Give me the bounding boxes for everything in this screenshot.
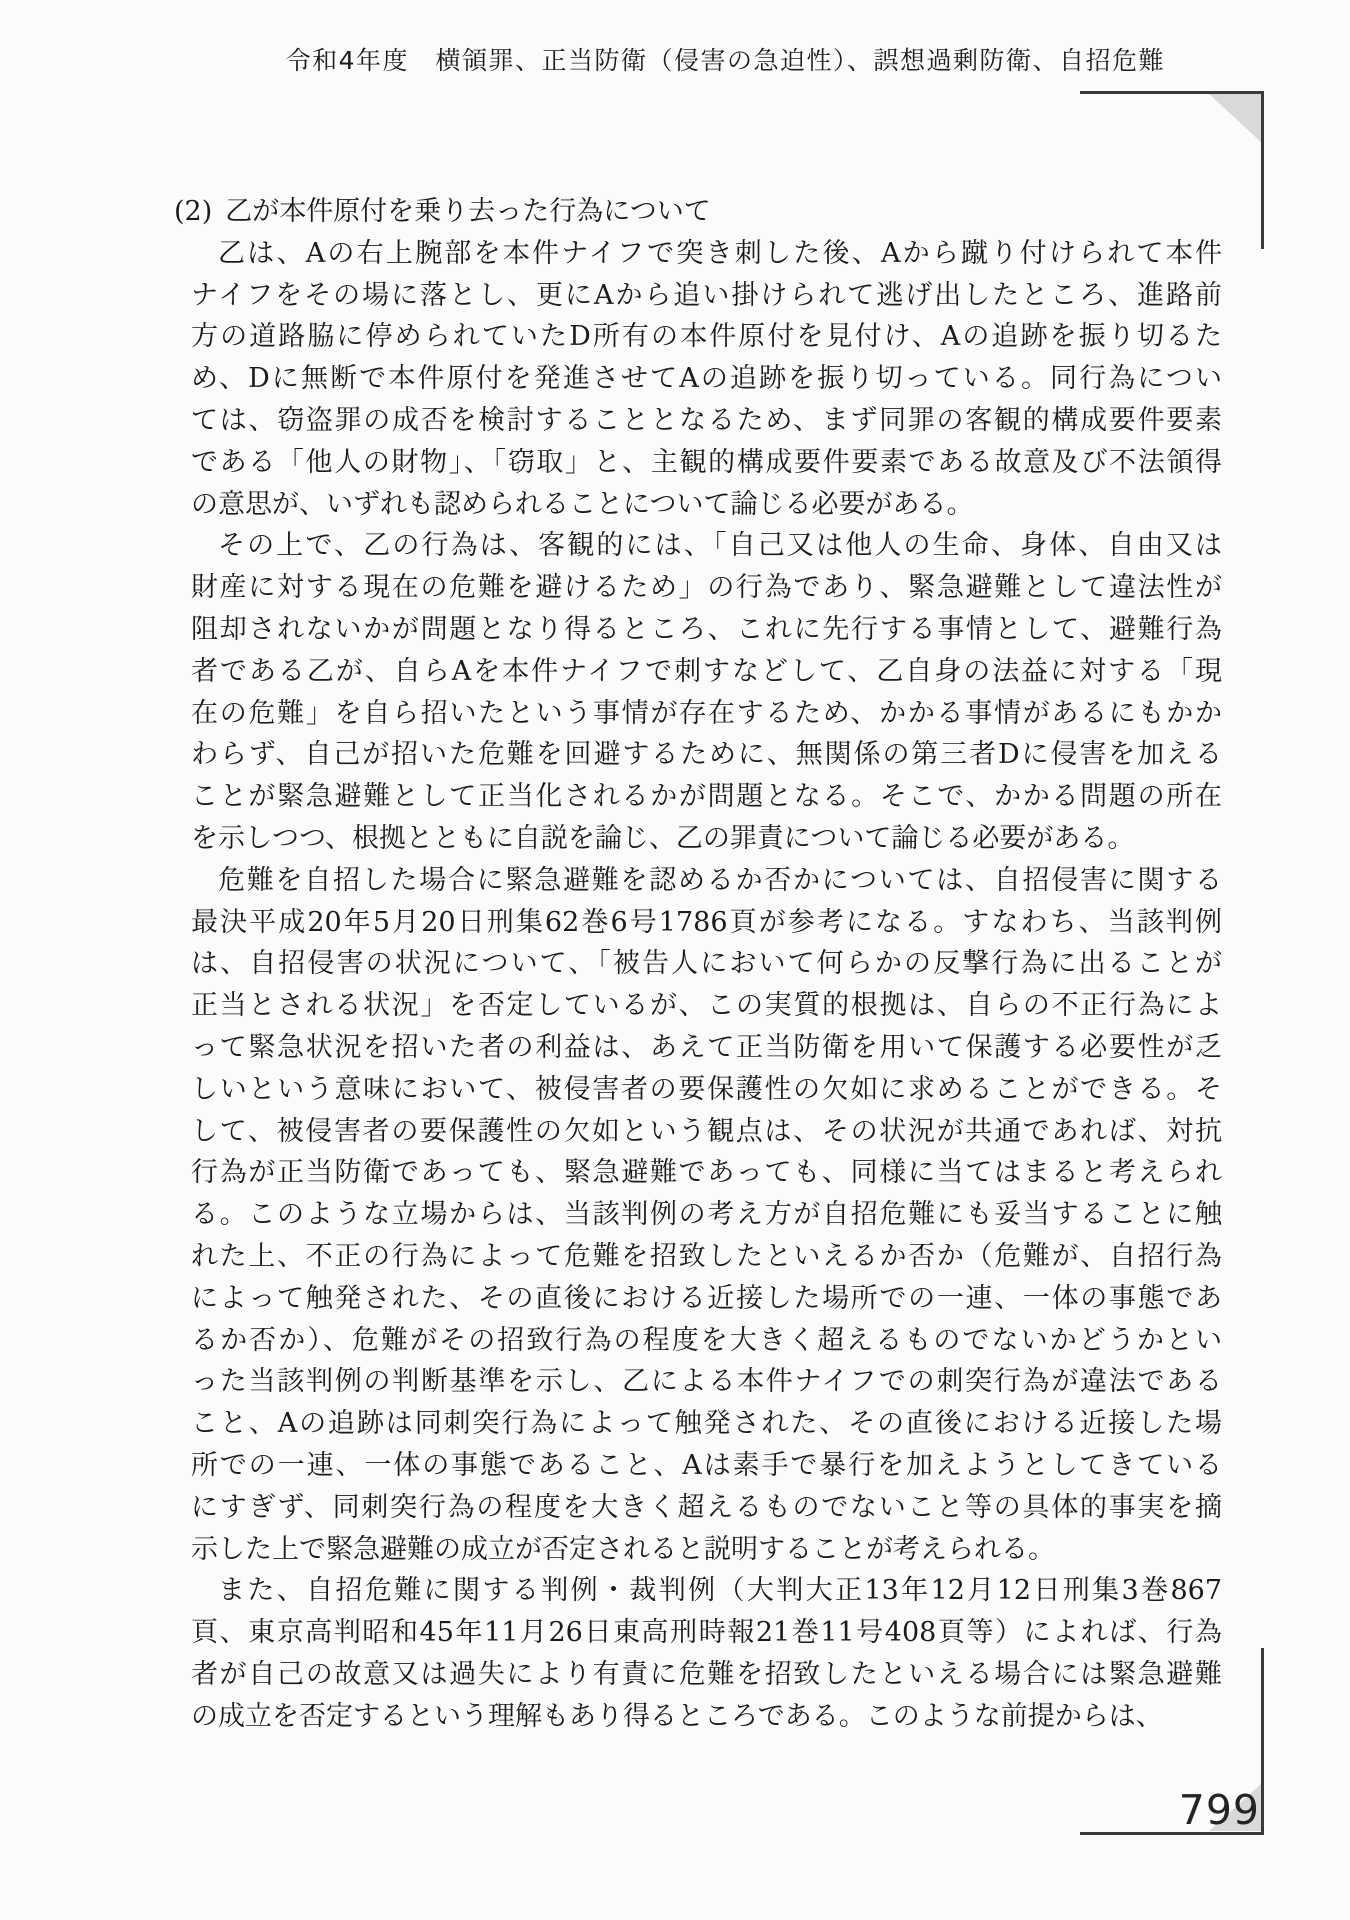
text-line: 頁、東京高判昭和45年11月26日東高刑時報21巻11号408頁等）によれば、行… — [191, 1612, 1222, 1654]
body-text-block: (2)乙が本件原付を乗り去った行為について 乙は、Aの右上腕部を本件ナイフで突き… — [191, 191, 1222, 1737]
text-line: その上で、乙の行為は、客観的には、「自己又は他人の生命、身体、自由又は — [191, 525, 1222, 567]
text-line: によって触発された、その直後における近接した場所での一連、一体の事態であ — [191, 1278, 1222, 1320]
text-line: る。このような立場からは、当該判例の考え方が自招危難にも妥当することに触 — [191, 1194, 1222, 1236]
text-line: 示した上で緊急避難の成立が否定されると説明することが考えられる。 — [191, 1529, 1222, 1571]
text-line: ナイフをその場に落とし、更にAから追い掛けられて逃げ出したところ、進路前 — [191, 275, 1222, 317]
text-line: るか否か）、危難がその招致行為の程度を大きく超えるものでないかどうかとい — [191, 1320, 1222, 1362]
text-line: め、Dに無断で本件原付を発進させてAの追跡を振り切っている。同行為につい — [191, 358, 1222, 400]
text-line: である「他人の財物」、「窃取」と、主観的構成要件要素である故意及び不法領得 — [191, 442, 1222, 484]
text-line: った当該判例の判断基準を示し、乙による本件ナイフでの刺突行為が違法である — [191, 1361, 1222, 1403]
text-line: って緊急状況を招いた者の利益は、あえて正当防衛を用いて保護する必要性が乏 — [191, 1027, 1222, 1069]
text-line: 正当とされる状況」を否定しているが、この実質的根拠は、自らの不正行為によ — [191, 985, 1222, 1027]
text-line: 所での一連、一体の事態であること、Aは素手で暴行を加えようとしてきている — [191, 1445, 1222, 1487]
text-line: ては、窃盗罪の成否を検討することとなるため、まず同罪の客観的構成要件要素 — [191, 400, 1222, 442]
text-line: ことが緊急避難として正当化されるかが問題となる。そこで、かかる問題の所在 — [191, 776, 1222, 818]
text-line: にすぎず、同刺突行為の程度を大きく超えるものでないこと等の具体的事実を摘 — [191, 1487, 1222, 1529]
text-line: 阻却されないかが問題となり得るところ、これに先行する事情として、避難行為 — [191, 609, 1222, 651]
text-line: 財産に対する現在の危難を避けるため」の行為であり、緊急避難として違法性が — [191, 567, 1222, 609]
running-head-title: 令和4年度 横領罪、正当防衛（侵害の急迫性）、誤想過剰防衛、自招危難 — [286, 41, 1165, 77]
section-number: (2) — [174, 196, 212, 227]
text-line: 危難を自招した場合に緊急避難を認めるか否かについては、自招侵害に関する — [191, 860, 1222, 902]
text-line: を示しつつ、根拠とともに自説を論じ、乙の罪責について論じる必要がある。 — [191, 818, 1222, 860]
section-heading: (2)乙が本件原付を乗り去った行為について — [174, 191, 1222, 233]
section-heading-text: 乙が本件原付を乗り去った行為について — [225, 196, 710, 227]
text-line: 在の危難」を自ら招いたという事情が存在するため、かかる事情があるにもかか — [191, 693, 1222, 735]
text-line: また、自招危難に関する判例・裁判例（大判大正13年12月12日刑集3巻867 — [191, 1570, 1222, 1612]
text-line: しいという意味において、被侵害者の要保護性の欠如に求めることができる。そ — [191, 1069, 1222, 1111]
text-line: 行為が正当防衛であっても、緊急避難であっても、同様に当てはまると考えられ — [191, 1152, 1222, 1194]
text-line: して、被侵害者の要保護性の欠如という観点は、その状況が共通であれば、対抗 — [191, 1111, 1222, 1153]
text-line: の意思が、いずれも認められることについて論じる必要がある。 — [191, 484, 1222, 526]
text-line: わらず、自己が招いた危難を回避するために、無関係の第三者Dに侵害を加える — [191, 734, 1222, 776]
text-line: 者が自己の故意又は過失により有責に危難を招致したといえる場合には緊急避難 — [191, 1654, 1222, 1696]
text-line: は、自招侵害の状況について、「被告人において何らかの反撃行為に出ることが — [191, 943, 1222, 985]
document-page: { "header": { "title": "令和4年度 横領罪、正当防衛（侵… — [0, 0, 1350, 1920]
text-line: 最決平成20年5月20日刑集62巻6号1786頁が参考になる。すなわち、当該判例 — [191, 902, 1222, 944]
text-line: こと、Aの追跡は同刺突行為によって触発された、その直後における近接した場 — [191, 1403, 1222, 1445]
text-line: 方の道路脇に停められていたD所有の本件原付を見付け、Aの追跡を振り切るた — [191, 316, 1222, 358]
text-line: れた上、不正の行為によって危難を招致したといえるか否か（危難が、自招行為 — [191, 1236, 1222, 1278]
page-number: 799 — [1179, 1786, 1260, 1834]
paragraphs-container: 乙は、Aの右上腕部を本件ナイフで突き刺した後、Aから蹴り付けられて本件ナイフをそ… — [191, 233, 1222, 1738]
text-line: 者である乙が、自らAを本件ナイフで刺すなどして、乙自身の法益に対する「現 — [191, 651, 1222, 693]
text-line: の成立を否定するという理解もあり得るところである。このような前提からは、 — [191, 1696, 1222, 1738]
text-line: 乙は、Aの右上腕部を本件ナイフで突き刺した後、Aから蹴り付けられて本件 — [191, 233, 1222, 275]
